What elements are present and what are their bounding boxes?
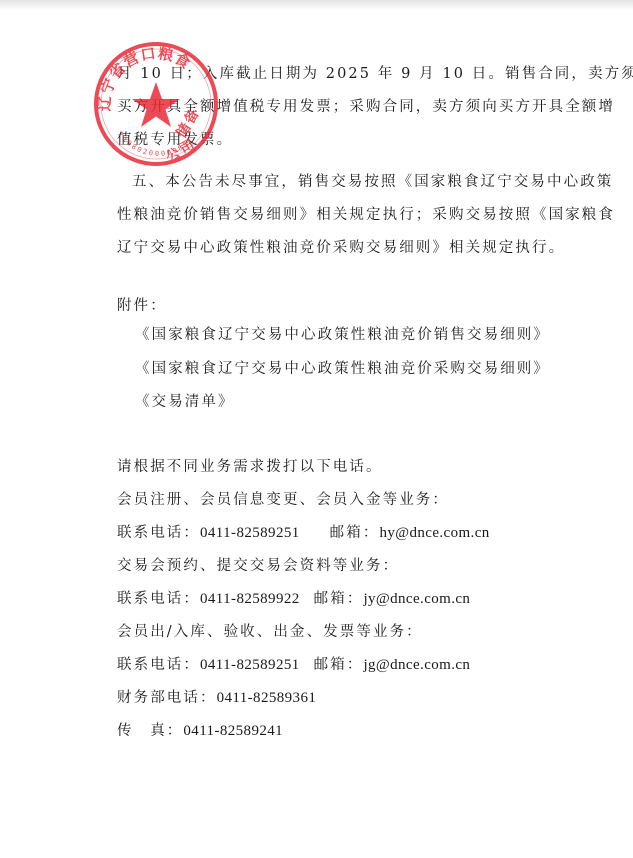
phone-number: 0411-82589922 — [200, 591, 300, 607]
page-top-shadow — [0, 0, 633, 10]
paragraph-continuation-line-2: 买方开具全额增值税专用发票；采购合同，卖方须向买方开具全额增 — [117, 97, 615, 117]
email-address: hy@dnce.com.cn — [379, 525, 489, 541]
paragraph-continuation-line-1: 月 10 日；入库截止日期为 2025 年 9 月 10 日。销售合同，卖方须向 — [117, 64, 633, 84]
section-five-line-1: 五、本公告未尽事宜，销售交易按照《国家粮食辽宁交易中心政策 — [132, 172, 613, 192]
contact-group-business: 会员出/入库、验收、出金、发票等业务： — [117, 622, 423, 642]
email-address: jy@dnce.com.cn — [363, 591, 470, 607]
finance-label: 财务部电话： — [117, 690, 217, 706]
finance-phone: 0411-82589361 — [217, 690, 317, 706]
phone-label: 联系电话： — [117, 657, 200, 673]
attachment-item: 《国家粮食辽宁交易中心政策性粮油竞价采购交易细则》 — [135, 359, 550, 379]
attachments-heading: 附件： — [117, 296, 167, 316]
fax-label: 传 真： — [117, 723, 183, 739]
section-five-line-2: 性粮油竞价销售交易细则》相关规定执行；采购交易按照《国家粮食 — [117, 205, 615, 225]
contacts-intro: 请根据不同业务需求拨打以下电话。 — [117, 457, 383, 477]
contact-group-business: 会员注册、会员信息变更、会员入金等业务： — [117, 490, 449, 510]
contact-group-business: 交易会预约、提交交易会资料等业务： — [117, 556, 399, 576]
attachment-item: 《交易清单》 — [135, 392, 235, 412]
fax-number: 0411-82589241 — [183, 723, 283, 739]
attachment-item: 《国家粮食辽宁交易中心政策性粮油竞价销售交易细则》 — [135, 325, 550, 345]
email-label: 邮箱： — [330, 525, 380, 541]
finance-phone-line: 财务部电话：0411-82589361 — [117, 688, 316, 708]
phone-number: 0411-82589251 — [200, 525, 300, 541]
phone-number: 0411-82589251 — [200, 657, 300, 673]
email-address: jg@dnce.com.cn — [363, 657, 470, 673]
email-label: 邮箱： — [314, 591, 364, 607]
contact-group-line: 联系电话：0411-82589922邮箱：jy@dnce.com.cn — [117, 589, 470, 609]
phone-label: 联系电话： — [117, 525, 200, 541]
phone-label: 联系电话： — [117, 591, 200, 607]
document-page: 月 10 日；入库截止日期为 2025 年 9 月 10 日。销售合同，卖方须向… — [0, 0, 633, 858]
contact-group-line: 联系电话：0411-82589251邮箱：jg@dnce.com.cn — [117, 655, 470, 675]
section-five-line-3: 辽宁交易中心政策性粮油竞价采购交易细则》相关规定执行。 — [117, 238, 565, 258]
contact-group-line: 联系电话：0411-82589251邮箱：hy@dnce.com.cn — [117, 523, 490, 543]
fax-line: 传 真：0411-82589241 — [117, 721, 283, 741]
paragraph-continuation-line-3: 值税专用发票。 — [117, 130, 233, 150]
email-label: 邮箱： — [314, 657, 364, 673]
